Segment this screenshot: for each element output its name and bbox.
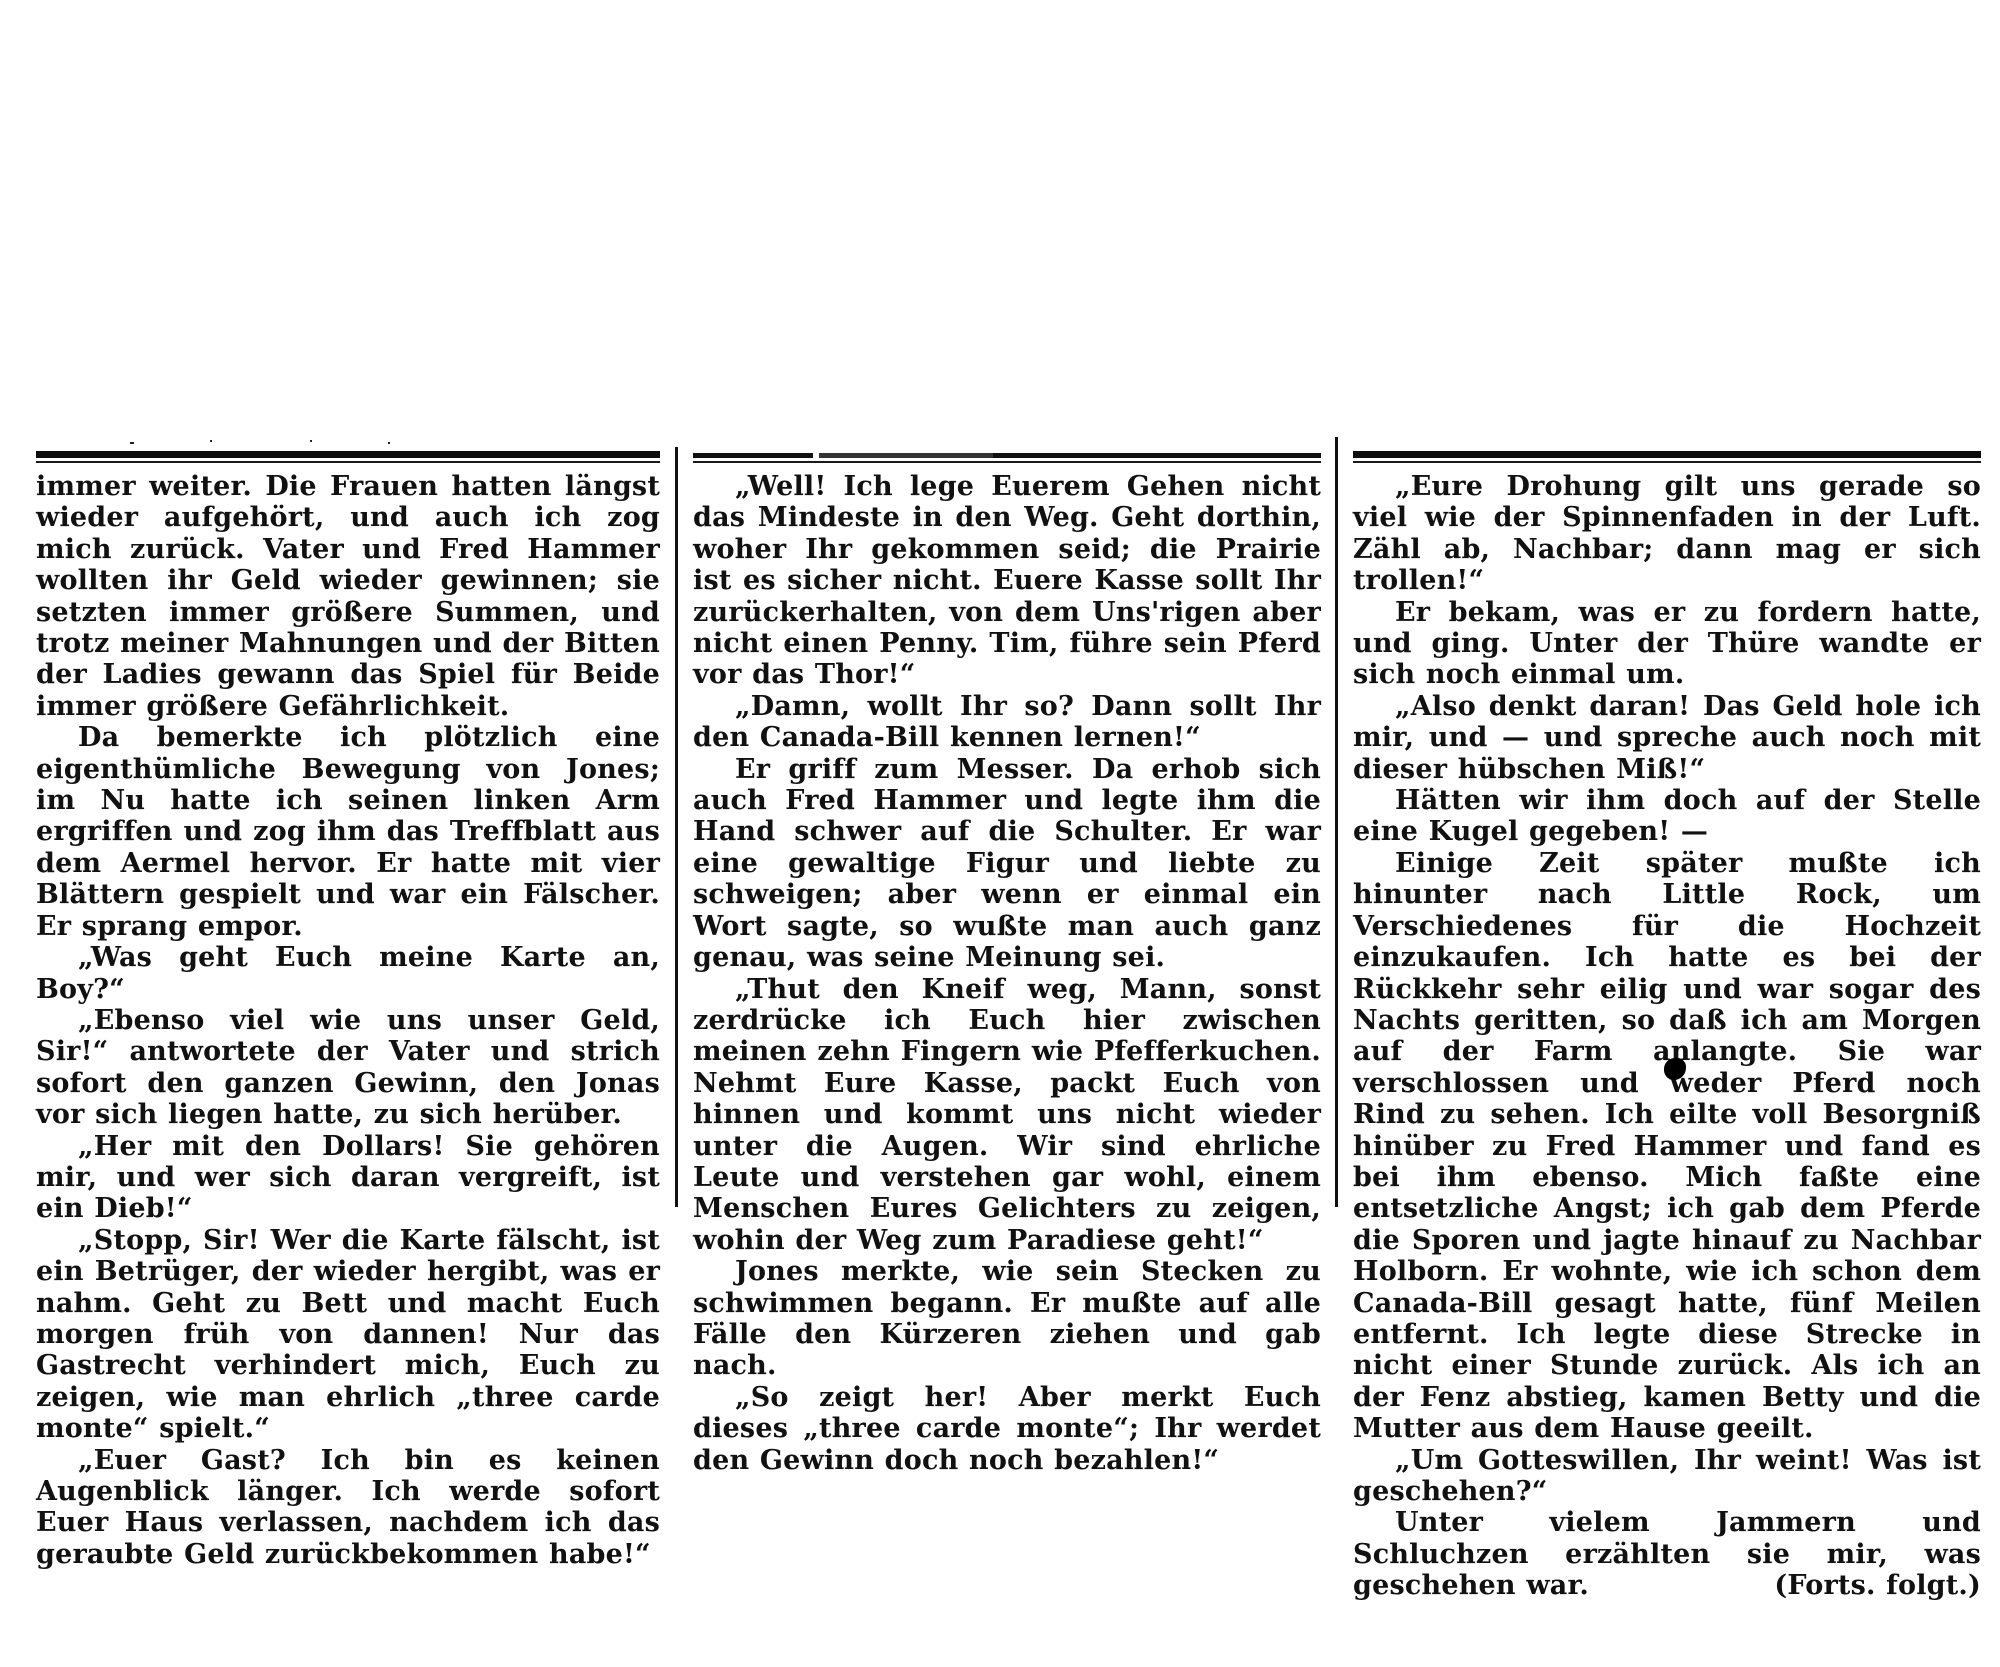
speck bbox=[130, 442, 134, 444]
speck bbox=[310, 440, 312, 442]
paragraph: „Euer Gast? Ich bin es keinen Augenblick… bbox=[36, 1445, 660, 1571]
speck bbox=[388, 442, 390, 444]
paragraph: Da bemerkte ich plötzlich eine eigenthüm… bbox=[36, 722, 660, 942]
paragraph: „Was geht Euch meine Karte an, Boy?“ bbox=[36, 942, 660, 1005]
thick-rule bbox=[1353, 451, 1981, 458]
paragraph: „Stopp, Sir! Wer die Karte fälscht, ist … bbox=[36, 1225, 660, 1445]
paragraph: „Thut den Kneif weg, Mann, sonst zerdrüc… bbox=[693, 974, 1321, 1257]
column-separator bbox=[675, 447, 678, 1207]
paragraph: „Damn, wollt Ihr so? Dann sollt Ihr den … bbox=[693, 691, 1321, 754]
paragraph: Er bekam, was er zu fordern hatte, und g… bbox=[1353, 597, 1981, 691]
text-column-2: „Well! Ich lege Euerem Gehen nicht das M… bbox=[693, 447, 1321, 1476]
paragraph: „Ebenso viel wie uns unser Geld, Sir!“ a… bbox=[36, 1005, 660, 1131]
paragraph: „Um Gotteswillen, Ihr weint! Was ist ges… bbox=[1353, 1445, 1981, 1508]
paragraph: „Also denkt daran! Das Geld hole ich mir… bbox=[1353, 691, 1981, 785]
paragraph: Er griff zum Messer. Da erhob sich auch … bbox=[693, 754, 1321, 974]
thick-rule bbox=[693, 453, 1321, 458]
paragraph: „So zeigt her! Aber merkt Euch dieses „t… bbox=[693, 1382, 1321, 1476]
newspaper-page: immer weiter. Die Frauen hatten längst w… bbox=[0, 0, 2000, 1667]
paragraph: immer weiter. Die Frauen hatten längst w… bbox=[36, 471, 660, 722]
column-header-rule bbox=[36, 447, 660, 465]
paragraph: Einige Zeit später mußte ich hinunter na… bbox=[1353, 848, 1981, 1445]
thin-rule bbox=[36, 461, 660, 463]
speck bbox=[210, 440, 212, 442]
paragraph: „Well! Ich lege Euerem Gehen nicht das M… bbox=[693, 471, 1321, 691]
scan-specks bbox=[130, 440, 390, 446]
thick-rule bbox=[36, 451, 660, 458]
thin-rule bbox=[1353, 461, 1981, 463]
column-separator bbox=[1335, 437, 1338, 1207]
paragraph: „Eure Drohung gilt uns gerade so viel wi… bbox=[1353, 471, 1981, 597]
column-header-rule bbox=[693, 447, 1321, 465]
text-column-3: „Eure Drohung gilt uns gerade so viel wi… bbox=[1353, 447, 1981, 1602]
paragraph: „Her mit den Dollars! Sie gehören mir, u… bbox=[36, 1131, 660, 1225]
column-header-rule bbox=[1353, 447, 1981, 465]
last-paragraph: Unter vielem Jammern und Schluchzen erzä… bbox=[1353, 1507, 1981, 1601]
paragraph: Hätten wir ihm doch auf der Stelle eine … bbox=[1353, 785, 1981, 848]
paragraph: Jones merkte, wie sein Stecken zu schwim… bbox=[693, 1256, 1321, 1382]
text-column-1: immer weiter. Die Frauen hatten längst w… bbox=[36, 447, 660, 1570]
thin-rule bbox=[693, 461, 1321, 463]
continuation-note: (Forts. folgt.) bbox=[1732, 1570, 1981, 1601]
